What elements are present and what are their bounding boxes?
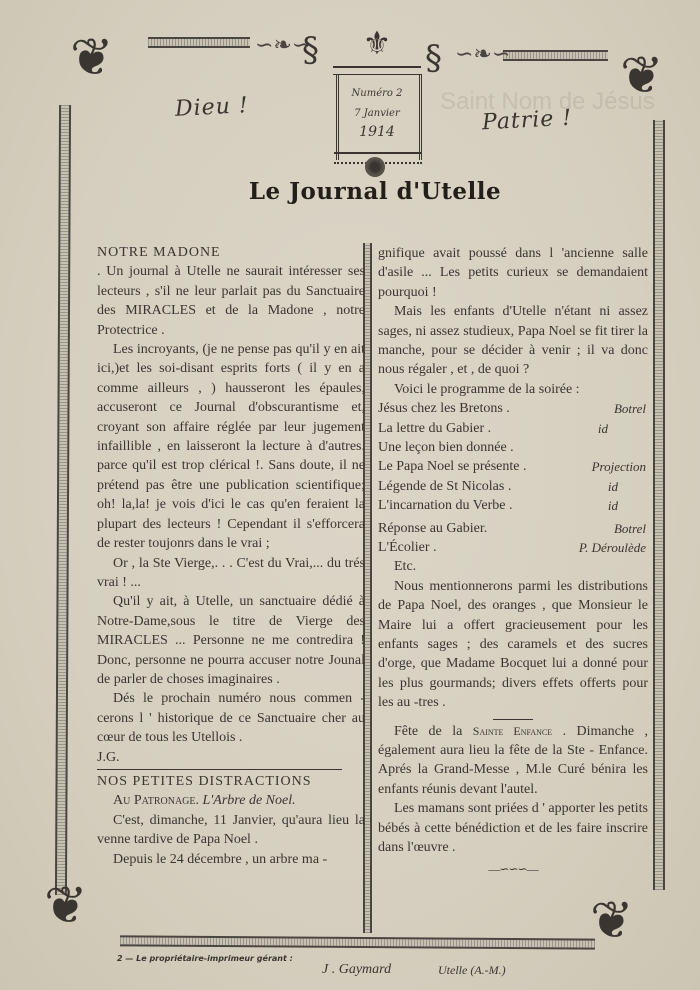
program-title: Le Papa Noel se présente . (378, 457, 527, 476)
corner-ornament-icon: ❦ (620, 50, 664, 102)
corner-ornament-icon: ❦ (70, 32, 114, 84)
paragraph: Fête de la Sainte Enfance . Dimanche , é… (378, 722, 648, 800)
program-title: L'Écolier . (378, 538, 437, 557)
section-divider (97, 769, 342, 770)
newspaper-page: Saint Nom de Jésus ❦ ❦ ❦ ❦ ∽❧∽ ∽❧∽ § § ⚜… (0, 0, 700, 990)
program-title: La lettre du Gabier . (378, 419, 491, 438)
fete-caps: Sainte Enfance (473, 724, 552, 738)
top-left-border-rule (148, 37, 250, 48)
program-etc: Etc. (378, 557, 648, 576)
paragraph: Nous mentionnerons parmi les distributio… (378, 577, 648, 713)
issue-date: 7 Janvier (340, 108, 414, 119)
program-item: Réponse au Gabier.Botrel (378, 519, 648, 538)
program-item: L'Écolier .P. Déroulède (378, 538, 648, 557)
paragraph: Dés le prochain numéro nous commen - cer… (97, 689, 365, 747)
masthead-title: Le Journal d'Utelle (230, 178, 520, 205)
section-title: NOS PETITES DISTRACTIONS (97, 772, 365, 791)
paragraph: gnifique avait poussé dans l 'ancienne s… (378, 244, 648, 302)
program-author: id (608, 496, 648, 515)
short-divider (493, 719, 533, 720)
flourish-ornament-icon: ∽❧∽ (455, 42, 510, 67)
paragraph: Or , la Ste Vierge,. . . C'est du Vrai,.… (97, 554, 365, 593)
paragraph: Les mamans sont priées d ' apporter les … (378, 799, 648, 857)
program-author: P. Déroulède (579, 538, 648, 557)
paragraph: Mais les enfants d'Utelle n'étant ni ass… (378, 302, 648, 380)
issue-year: 1914 (340, 124, 414, 140)
left-column: NOTRE MADONE . Un journal à Utelle ne sa… (97, 243, 365, 869)
issue-number: Numéro 2 (340, 88, 414, 99)
lead-caps: Au Patronage. (113, 793, 199, 808)
program-author: id (598, 419, 648, 438)
program-title: Jésus chez les Bretons . (378, 399, 510, 418)
program-title: Légende de St Nicolas . (378, 477, 511, 496)
motto-right: Patrie ! (481, 106, 572, 136)
program-author: Botrel (614, 399, 648, 418)
fete-lead: Fête de la (394, 724, 462, 739)
section-title: NOTRE MADONE (97, 243, 365, 262)
program-title: Réponse au Gabier. (378, 519, 487, 538)
program-author: Botrel (614, 519, 648, 538)
signature: J.G. (97, 748, 365, 767)
program-title: Une leçon bien donnée . (378, 438, 514, 457)
motto-left: Dieu ! (174, 93, 249, 122)
program-item: Jésus chez les Bretons .Botrel (378, 399, 648, 418)
right-border-rule (653, 120, 665, 890)
paragraph: Depuis le 24 décembre , un arbre ma - (97, 850, 365, 869)
medallion-icon (365, 157, 385, 177)
footer-label: 2 — Le propriétaire-imprimeur gérant : (117, 954, 293, 963)
program-item: Le Papa Noel se présente .Projection (378, 457, 648, 476)
program-author: Projection (592, 457, 648, 476)
program-author: id (608, 477, 648, 496)
program-author (646, 438, 648, 457)
footer-printer-name: J . Gaymard (322, 962, 391, 978)
corner-ornament-icon: ❦ (590, 895, 634, 947)
top-right-border-rule (503, 50, 608, 61)
bottom-border-rule (120, 935, 595, 949)
section-lead: Au Patronage. L'Arbre de Noel. (97, 791, 365, 810)
program-list: Jésus chez les Bretons .Botrel La lettre… (378, 399, 648, 557)
program-intro: Voici le programme de la soirée : (378, 380, 648, 399)
paragraph: . Un journal à Utelle ne saurait intéres… (97, 262, 365, 340)
corner-ornament-icon: ❦ (44, 880, 88, 932)
program-item: La lettre du Gabier .id (378, 419, 648, 438)
lead-italic: L'Arbre de Noel. (203, 793, 296, 808)
left-border-rule (55, 105, 71, 895)
right-column: gnifique avait poussé dans l 'ancienne s… (378, 244, 648, 880)
crest-icon: ⚜ (355, 24, 399, 62)
paragraph: C'est, dimanche, 11 Janvier, qu'aura lie… (97, 811, 365, 850)
scroll-ornament-icon: § (302, 30, 319, 70)
footer-town: Utelle (A.-M.) (438, 963, 506, 978)
scroll-ornament-icon: § (425, 38, 442, 78)
program-title: L'incarnation du Verbe . (378, 496, 512, 515)
paragraph: Qu'il y ait, à Utelle, un sanctuaire déd… (97, 592, 365, 689)
paragraph: Les incroyants, (je ne pense pas qu'il y… (97, 340, 365, 553)
end-swash-ornament: —∽∽∽— (378, 860, 648, 879)
program-item: L'incarnation du Verbe .id (378, 496, 648, 515)
program-item: Une leçon bien donnée . (378, 438, 648, 457)
program-item: Légende de St Nicolas .id (378, 477, 648, 496)
